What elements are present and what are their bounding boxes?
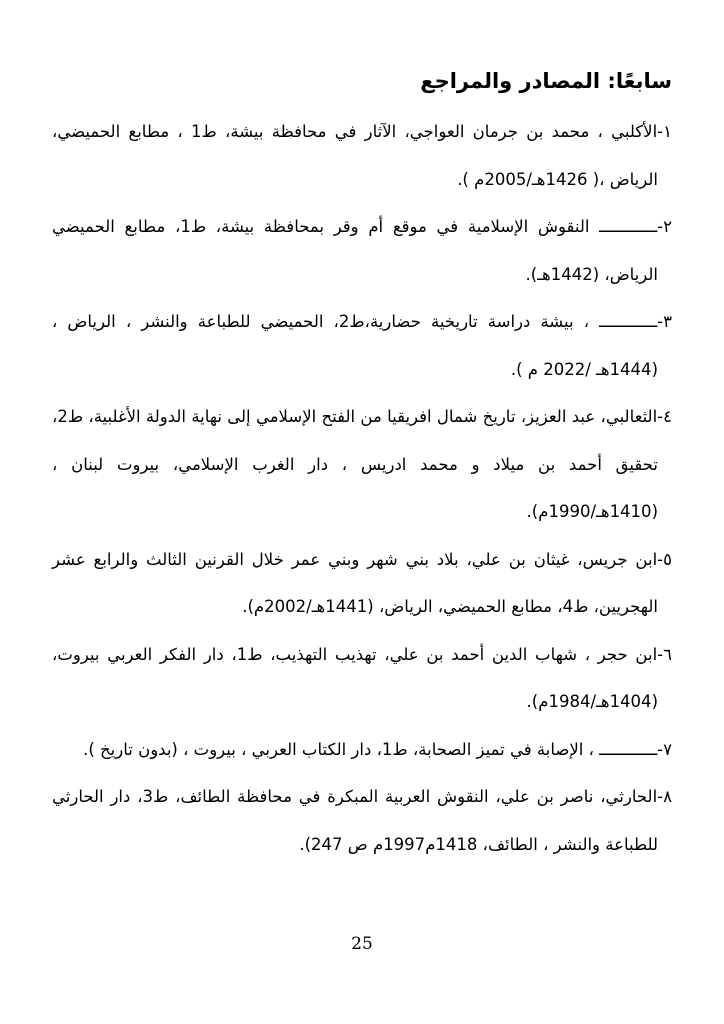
reference-entry-8: ٨-الحارثي، ناصر بن علي، النقوش العربية ا… — [52, 773, 672, 868]
reference-entry-5: ٥-ابن جريس، غيثان بن علي، بلاد بني شهر و… — [52, 536, 672, 631]
page-number: 25 — [0, 934, 724, 954]
reference-entry-4: ٤-الثعالبي، عبد العزيز، تاريخ شمال افريق… — [52, 393, 672, 536]
section-title: سابعًا: المصادر والمراجع — [52, 64, 672, 98]
reference-entry-7: ٧-ــــــــــــ ، الإصابة في تميز الصحابة… — [52, 726, 672, 774]
reference-entry-2: ٢-ــــــــــــ النقوش الإسلامية في موقع … — [52, 203, 672, 298]
references-section: سابعًا: المصادر والمراجع ١-الأكلبي ، محم… — [52, 64, 672, 868]
reference-entry-3: ٣-ــــــــــــ ، بيشة دراسة تاريخية حضار… — [52, 298, 672, 393]
reference-entry-1: ١-الأكلبي ، محمد بن جرمان العواجي، الآثا… — [52, 108, 672, 203]
reference-list: ١-الأكلبي ، محمد بن جرمان العواجي، الآثا… — [52, 108, 672, 868]
page-background: سابعًا: المصادر والمراجع ١-الأكلبي ، محم… — [0, 0, 724, 1024]
reference-entry-6: ٦-ابن حجر ، شهاب الدين أحمد بن علي، تهذي… — [52, 631, 672, 726]
document-page: { "document": { "heading": "سابعًا: المص… — [0, 0, 724, 1024]
